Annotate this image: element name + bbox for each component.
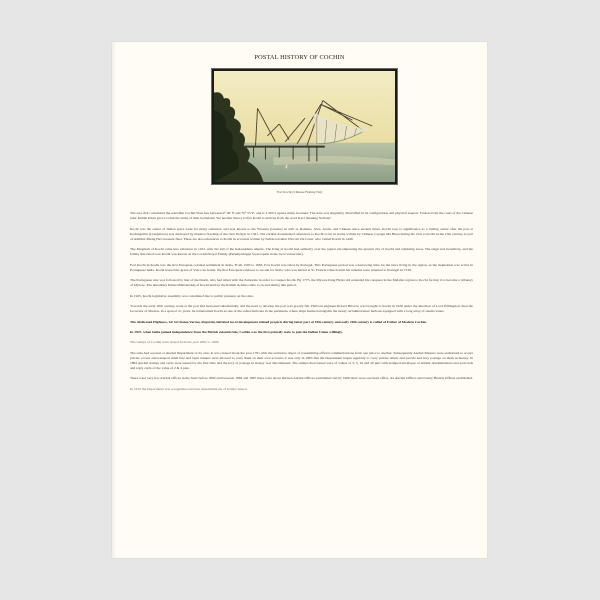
paragraph-independence: In 1947, when India gained independence … xyxy=(130,330,473,335)
paragraph-kingdom: The Kingdom of Kochi came into existence… xyxy=(130,247,473,257)
document-body: The area that constituted the erstwhile … xyxy=(130,211,473,397)
paragraph-rama-varma: The Abdicated Highness, Sir Sri Rama Var… xyxy=(130,320,473,325)
paragraph-geography: The area that constituted the erstwhile … xyxy=(130,211,473,221)
photo-frame xyxy=(211,68,398,185)
page-edge-shadow xyxy=(112,42,116,558)
paragraph-portuguese: Fort Kochi in Kochi was the first Europe… xyxy=(130,263,473,273)
paragraph-reorganisation: In 1910 the Department was reorganised a… xyxy=(130,387,473,392)
paragraph-spice-trade: Kochi was the centre of Indian spice tra… xyxy=(130,227,473,242)
paragraph-anchal-department: The state had a postal or Anchal Departm… xyxy=(130,351,473,372)
photo-caption: Fort Kochi (Chinese Fishing Net) xyxy=(112,190,487,194)
paragraph-dutch: The Portuguese rule was followed by that… xyxy=(130,278,473,288)
document-title: POSTAL HISTORY OF COCHIN xyxy=(112,54,487,61)
fishing-net-photo xyxy=(214,71,395,182)
paragraph-harbour: Towards the early 20th century, trade at… xyxy=(130,304,473,314)
paragraph-anchal-offices: There were very few Anchal offices in th… xyxy=(130,376,473,381)
document-page: POSTAL HISTORY OF COCHIN xyxy=(112,42,487,558)
paragraph-legislative: In 1925, Kochi legislative assembly was … xyxy=(130,294,473,299)
fishing-net-illustration xyxy=(214,71,395,182)
paragraph-stamps-issued: The stamps of Cochin were issued from th… xyxy=(130,340,473,345)
